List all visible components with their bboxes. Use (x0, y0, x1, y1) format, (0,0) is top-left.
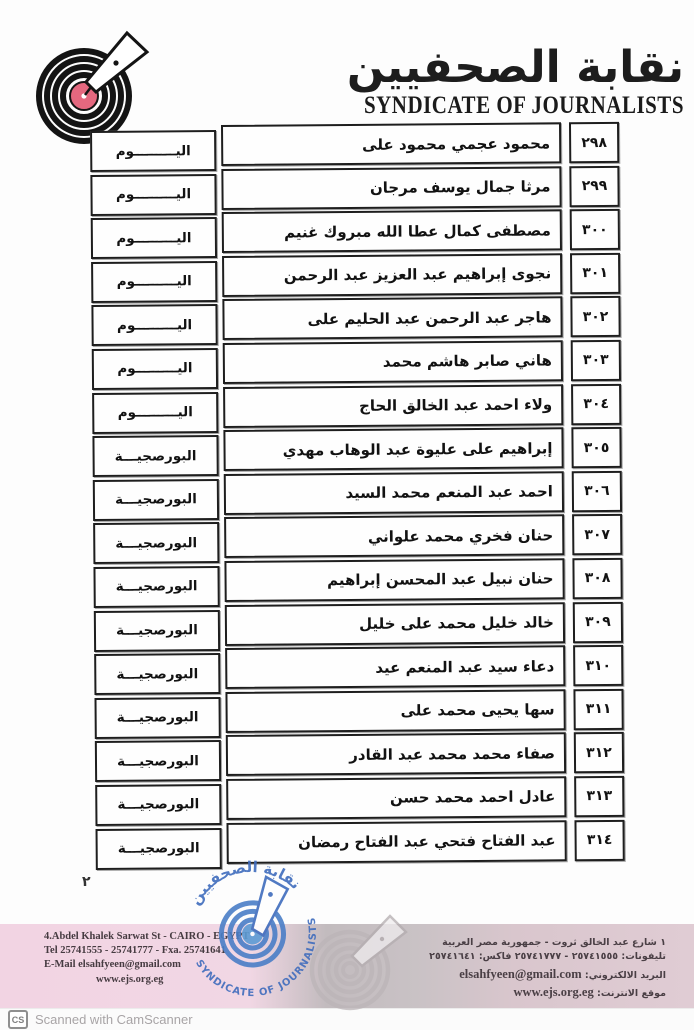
member-name-cell-label: حنان نبيل عبد المحسن إبراهيم (327, 570, 554, 590)
newspaper-cell: اليـــــــــوم (91, 304, 217, 346)
member-name-cell: دعاء سيد عبد المنعم عيد (225, 645, 565, 689)
page-number: ٢ (82, 874, 91, 890)
newspaper-cell: البورصجيـــة (93, 566, 219, 608)
member-number-cell-label: ٣٠٩ (585, 614, 611, 630)
member-number-cell-label: ٣٠٣ (583, 352, 609, 368)
member-name-cell: مرثا جمال يوسف مرجان (221, 166, 561, 210)
newspaper-cell: البورصجيـــة (95, 784, 221, 826)
member-name-cell-label: حنان فخري محمد علواني (368, 526, 553, 545)
member-name-cell: مصطفى كمال عطا الله مبروك غنيم (222, 209, 562, 253)
newspaper-cell-label: البورصجيـــة (115, 535, 197, 552)
member-name-cell: عادل احمد محمد حسن (226, 776, 566, 820)
member-number-cell-label: ٣٠٤ (583, 396, 609, 412)
newspaper-cell-label: البورصجيـــة (118, 840, 200, 857)
page-title-arabic: نقابة الصحفيين (284, 44, 684, 92)
newspaper-cell: البورصجيـــة (93, 522, 219, 564)
newspaper-cell-label: اليـــــــــوم (117, 273, 192, 290)
table-row: اليـــــــــوممحمود عجمي محمود على٢٩٨ (90, 122, 630, 167)
members-table: اليـــــــــوممحمود عجمي محمود على٢٩٨الي… (90, 122, 636, 867)
member-number-cell: ٣٠٤ (571, 383, 621, 424)
member-name-cell-label: نجوى إبراهيم عبد العزيز عبد الرحمن (284, 265, 551, 285)
member-number-cell: ٣٠٠ (570, 209, 620, 250)
header: نقابة الصحفيين SYNDICATE OF JOURNALISTS (284, 44, 684, 115)
newspaper-cell-label: البورصجيـــة (116, 666, 198, 683)
table-row: اليـــــــــوممصطفى كمال عطا الله مبروك … (91, 209, 631, 254)
newspaper-cell-label: البورصجيـــة (116, 622, 198, 639)
member-number-cell-label: ٢٩٩ (582, 178, 608, 194)
page-title-english: SYNDICATE OF JOURNALISTS (284, 90, 684, 120)
newspaper-cell: اليـــــــــوم (91, 217, 217, 259)
newspaper-cell-label: اليـــــــــوم (118, 404, 193, 421)
member-name-cell-label: ولاء احمد عبد الخالق الحاج (359, 395, 552, 415)
member-number-cell-label: ٣٠٥ (584, 440, 610, 456)
member-name-cell: محمود عجمي محمود على (221, 122, 561, 166)
table-row: البورصجيـــةدعاء سيد عبد المنعم عيد٣١٠ (94, 645, 634, 690)
newspaper-cell-label: اليـــــــــوم (117, 361, 192, 378)
camscanner-icon: CS (8, 1010, 28, 1029)
table-row: اليـــــــــوممرثا جمال يوسف مرجان٢٩٩ (90, 165, 630, 210)
newspaper-cell-label: اليـــــــــوم (116, 186, 191, 203)
member-name-cell: هاني صابر هاشم محمد (223, 340, 563, 384)
member-name-cell: خالد خليل محمد على خليل (225, 602, 565, 646)
member-name-cell: إبراهيم على عليوة عبد الوهاب مهدي (223, 427, 563, 471)
member-number-cell-label: ٣٠٠ (582, 222, 608, 238)
newspaper-cell-label: اليـــــــــوم (117, 317, 192, 334)
newspaper-cell-label: البورصجيـــة (117, 753, 199, 770)
member-name-cell-label: هاني صابر هاشم محمد (383, 352, 552, 371)
member-number-cell: ٣١٣ (574, 776, 624, 817)
newspaper-cell: البورصجيـــة (94, 697, 220, 739)
member-name-cell-label: هاجر عبد الرحمن عبد الحليم على (307, 308, 551, 328)
newspaper-cell: اليـــــــــوم (92, 392, 218, 434)
newspaper-cell-label: البورصجيـــة (115, 491, 197, 508)
newspaper-cell-label: البورصجيـــة (117, 797, 199, 814)
member-name-cell: هاجر عبد الرحمن عبد الحليم على (222, 297, 562, 341)
member-name-cell-label: عادل احمد محمد حسن (390, 788, 555, 807)
member-number-cell-label: ٣٠٨ (585, 570, 611, 586)
member-number-cell: ٣٠٣ (571, 340, 621, 381)
table-row: البورصجيـــةسها يحيى محمد على٣١١ (94, 688, 634, 733)
newspaper-cell-label: البورصجيـــة (117, 709, 199, 726)
newspaper-cell-label: اليـــــــــوم (116, 143, 191, 160)
table-row: البورصجيـــةحنان نبيل عبد المحسن إبراهيم… (93, 558, 633, 603)
newspaper-cell: البورصجيـــة (95, 740, 221, 782)
member-name-cell-label: صفاء محمد محمد عبد القادر (349, 744, 555, 764)
member-number-cell-label: ٣٠١ (582, 265, 608, 281)
table-row: البورصجيـــةعادل احمد محمد حسن٣١٣ (95, 776, 635, 821)
member-number-cell: ٣١١ (573, 689, 623, 730)
table-row: البورصجيـــةإبراهيم على عليوة عبد الوهاب… (92, 427, 632, 472)
table-row: البورصجيـــةصفاء محمد محمد عبد القادر٣١٢ (95, 732, 635, 777)
table-row: البورصجيـــةاحمد عبد المنعم محمد السيد٣٠… (93, 470, 633, 515)
table-rows: اليـــــــــوممحمود عجمي محمود على٢٩٨الي… (90, 122, 636, 865)
member-number-cell: ٣٠٥ (571, 427, 621, 468)
member-name-cell-label: دعاء سيد عبد المنعم عيد (375, 657, 554, 676)
newspaper-cell: اليـــــــــوم (90, 130, 216, 172)
member-number-cell: ٣٠١ (570, 253, 620, 294)
member-number-cell-label: ٢٩٨ (581, 134, 607, 150)
member-name-cell-label: مصطفى كمال عطا الله مبروك غنيم (284, 221, 551, 241)
member-number-cell-label: ٣١٢ (586, 745, 612, 761)
member-number-cell-label: ٣١٤ (587, 832, 613, 848)
stamp-arabic-text: نقابة الصحفيين (180, 856, 307, 918)
newspaper-cell-label: البورصجيـــة (115, 448, 197, 465)
member-name-cell: احمد عبد المنعم محمد السيد (224, 471, 564, 515)
member-name-cell-label: محمود عجمي محمود على (362, 134, 550, 153)
member-name-cell: حنان نبيل عبد المحسن إبراهيم (224, 558, 564, 602)
member-name-cell-label: عبد الفتاح فتحي عبد الفتاح رمضان (298, 831, 556, 851)
newspaper-cell: اليـــــــــوم (92, 348, 218, 390)
table-row: اليـــــــــومنجوى إبراهيم عبد العزيز عب… (91, 253, 631, 298)
member-name-cell: ولاء احمد عبد الخالق الحاج (223, 384, 563, 428)
member-number-cell: ٣١٢ (574, 732, 624, 773)
member-number-cell-label: ٣١٣ (586, 788, 612, 804)
member-name-cell-label: مرثا جمال يوسف مرجان (370, 177, 551, 196)
member-number-cell: ٣١٤ (574, 819, 624, 860)
newspaper-cell: اليـــــــــوم (91, 261, 217, 303)
table-row: اليـــــــــومهاجر عبد الرحمن عبد الحليم… (91, 296, 631, 341)
member-number-cell-label: ٣٠٧ (584, 527, 610, 543)
member-number-cell: ٢٩٨ (569, 122, 619, 163)
table-row: اليـــــــــومولاء احمد عبد الخالق الحاج… (92, 383, 632, 428)
newspaper-cell: البورصجيـــة (94, 653, 220, 695)
member-name-cell-label: خالد خليل محمد على خليل (359, 613, 554, 633)
syndicate-round-stamp-icon: نقابة الصحفيين SYNDICATE OF JOURNALISTS (176, 856, 328, 1008)
member-name-cell-label: إبراهيم على عليوة عبد الوهاب مهدي (283, 439, 553, 459)
member-number-cell-label: ٣٠٦ (584, 483, 610, 499)
svg-text:نقابة الصحفيين: نقابة الصحفيين (180, 856, 307, 918)
member-number-cell: ٣٠٨ (572, 558, 622, 599)
member-number-cell-label: ٣٠٢ (583, 309, 609, 325)
newspaper-cell: البورصجيـــة (94, 610, 220, 652)
newspaper-cell: البورصجيـــة (93, 479, 219, 521)
newspaper-cell-label: البورصجيـــة (116, 579, 198, 596)
member-number-cell: ٣٠٢ (570, 296, 620, 337)
scanned-document-page: نقابة الصحفيين SYNDICATE OF JOURNALISTS … (0, 0, 694, 1030)
member-name-cell: نجوى إبراهيم عبد العزيز عبد الرحمن (222, 253, 562, 297)
newspaper-cell: اليـــــــــوم (90, 174, 216, 216)
table-row: البورصجيـــةخالد خليل محمد على خليل٣٠٩ (94, 601, 634, 646)
member-number-cell: ٣٠٧ (572, 514, 622, 555)
member-number-cell: ٣٠٦ (572, 471, 622, 512)
member-number-cell: ٣٠٩ (573, 601, 623, 642)
member-name-cell: حنان فخري محمد علواني (224, 515, 564, 559)
member-number-cell: ٣١٠ (573, 645, 623, 686)
newspaper-cell-label: اليـــــــــوم (116, 230, 191, 247)
member-name-cell: صفاء محمد محمد عبد القادر (226, 733, 566, 777)
table-row: اليـــــــــومهاني صابر هاشم محمد٣٠٣ (92, 340, 632, 385)
member-name-cell: سها يحيى محمد على (225, 689, 565, 733)
camscanner-text: Scanned with CamScanner (35, 1012, 193, 1027)
member-number-cell: ٢٩٩ (569, 165, 619, 206)
member-name-cell-label: سها يحيى محمد على (400, 701, 554, 720)
member-number-cell-label: ٣١٠ (585, 658, 611, 674)
member-number-cell-label: ٣١١ (586, 701, 612, 717)
member-name-cell-label: احمد عبد المنعم محمد السيد (345, 483, 553, 503)
table-row: البورصجيـــةحنان فخري محمد علواني٣٠٧ (93, 514, 633, 559)
newspaper-cell: البورصجيـــة (92, 435, 218, 477)
